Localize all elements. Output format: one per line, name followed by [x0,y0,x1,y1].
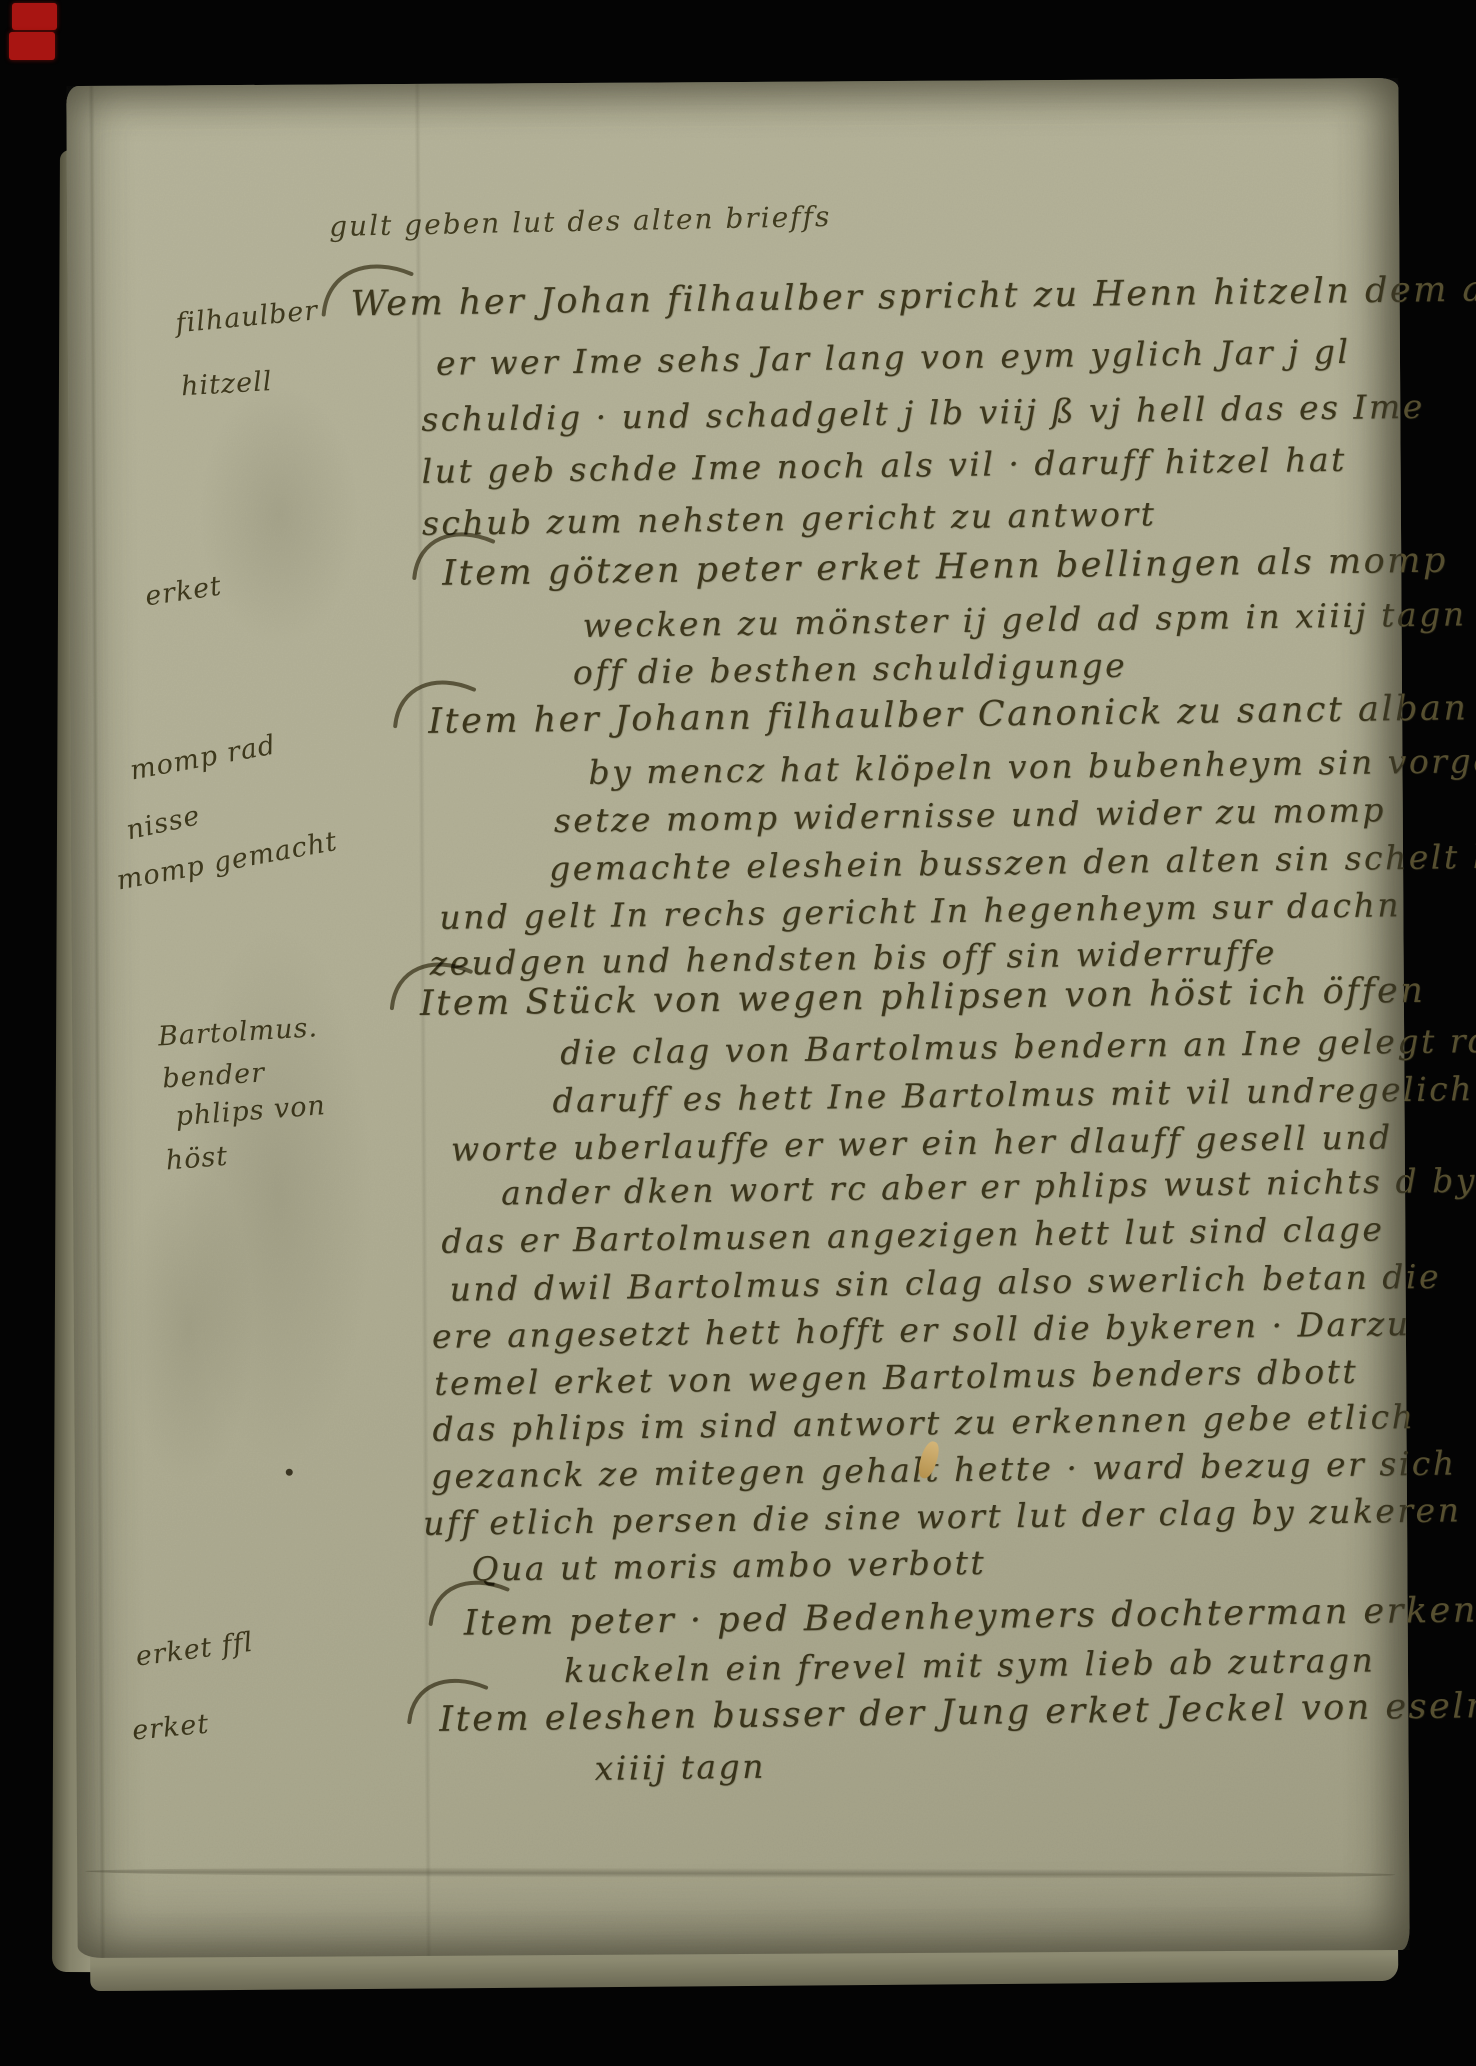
text-line: kuckeln ein frevel mit sym lieb ab zutra… [564,1640,1376,1690]
red-corner-mark [9,32,55,60]
text-line: Item eleshen busser der Jung erket Jecke… [439,1684,1476,1740]
text-line: by mencz hat klöpeln von bubenheym sin v… [588,741,1476,792]
text-line: off die besthen schuldigunge [573,646,1128,692]
heading-line: gult geben lut des alten brieffs [329,200,832,243]
manuscript-page: gult geben lut des alten brieffs filhaul… [66,78,1409,1958]
text-line: und dwil Bartolmus sin clag also swerlic… [449,1257,1441,1309]
text-line: ere angesetzt hett hofft er soll die byk… [432,1304,1411,1356]
ink-speck [286,1469,293,1476]
text-line: gezanck ze mitegen gehalt hette · ward b… [431,1443,1457,1495]
text-line: uff etlich persen die sine wort lut der … [423,1490,1462,1543]
margin-note: phlips von [174,1090,326,1132]
red-corner-mark [12,3,57,30]
text-line: Item götzen peter erket Henn bellingen a… [442,541,1448,594]
margin-note: momp rad [128,729,279,786]
text-line: Qua ut moris ambo verbott [471,1543,986,1589]
text-line: worte uberlauffe er wer ein her dlauff g… [451,1117,1393,1168]
margin-note: erket [143,571,224,613]
margin-note: höst [165,1141,230,1177]
show-through-blotch [181,924,374,1465]
text-line: Wem her Johan filhaulber spricht zu Henn… [350,269,1476,324]
text-line: schub zum nehsten gericht zu antwort [422,494,1157,543]
margin-note: erket ffl [134,1627,255,1673]
scan-background: { "colors": { "background": "#040404", "… [0,0,1476,2066]
text-line: wecken zu mönster ij geld ad spm in xiii… [582,594,1466,645]
text-line: Item peter · ped Bedenheymers dochterman… [463,1588,1476,1643]
text-line: das phlips im sind antwort zu erkennen g… [432,1397,1415,1449]
text-line: und gelt In rechs gericht In hegenheym s… [439,885,1401,937]
margin-note: Bartolmus. [157,1012,319,1052]
text-line: die clag von Bartolmus bendern an Ine ge… [560,1021,1476,1072]
margin-note: filhaulber [174,295,319,339]
show-through-blotch [198,384,360,645]
margin-note: erket [131,1709,211,1747]
text-line: schuldig · und schadgelt j lb viij ß vj … [421,387,1425,439]
show-through-blotch [123,1165,255,1486]
text-line: lut geb schde Ime noch als vil · daruff … [421,440,1347,491]
text-line: ander dken wort rc aber er phlips wust n… [501,1161,1476,1213]
text-line: er wer Ime sehs Jar lang von eym yglich … [436,332,1351,383]
margin-note: nisse [124,800,204,846]
text-line: xiiij tagn [594,1747,766,1788]
fold-crease [85,1866,1395,1879]
left-edge-crease [88,86,105,1958]
margin-note: bender [161,1058,265,1095]
text-line: gemachte eleshein busszen den alten sin … [549,836,1476,888]
text-line: setze momp widernisse und wider zu momp [554,790,1387,840]
text-line: Item her Johann filhaulber Canonick zu s… [428,688,1469,742]
text-line: temel erket von wegen Bartolmus benders … [434,1352,1358,1403]
margin-note: hitzell [180,366,273,402]
text-line: daruff es hett Ine Bartolmus mit vil und… [552,1069,1474,1120]
text-line: das er Bartolmusen angezigen hett lut si… [441,1209,1385,1260]
